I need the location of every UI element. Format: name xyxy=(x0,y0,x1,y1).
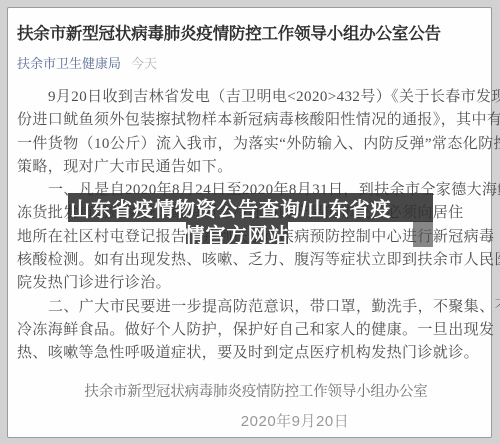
body-line: 热、咳嗽等急性呼吸道症状，要及时到定点医疗机构发热门诊就诊。 xyxy=(17,342,483,365)
body-line: 核酸检测。如有出现发热、咳嗽、乏力、腹泻等症状立即到扶余市人民医 xyxy=(17,249,483,272)
article-title: 扶余市新型冠状病毒肺炎疫情防控工作领导小组办公室公告 xyxy=(17,20,481,44)
signature-office: 扶余市新型冠状病毒肺炎疫情防控工作领导小组办公室 xyxy=(17,380,483,401)
body-line: 份进口鱿鱼须外包装擦拭物样本新冠病毒核酸阳性情况的通报》，其中有 xyxy=(17,109,483,132)
signature-block: 扶余市新型冠状病毒肺炎疫情防控工作领导小组办公室 2020年9月20日 xyxy=(17,380,483,431)
body-line: 冷冻海鲜食品。做好个人防护，保护好自己和家人的健康。一旦出现发 xyxy=(17,319,483,342)
watermark-edge-band xyxy=(413,221,433,247)
body-line: 策略，现对广大市民通告如下。 xyxy=(17,156,483,179)
watermark-text-line2: 情官方网站 xyxy=(185,219,290,248)
body-line: 9月20日收到吉林省发电（吉卫明电<2020>432号）《关于长春市发现1 xyxy=(17,86,483,109)
watermark-overlay: 情官方网站 xyxy=(186,222,288,244)
article-card: 扶余市新型冠状病毒肺炎疫情防控工作领导小组办公室公告 扶余市卫生健康局今天 9月… xyxy=(7,7,492,438)
body-line: 一件货物（10公斤）流入我市，为落实“外防输入、内防反弹”常态化防控 xyxy=(17,133,483,156)
body-line: 院发热门诊进行诊治。 xyxy=(17,272,483,295)
source-account-link[interactable]: 扶余市卫生健康局 xyxy=(17,56,121,71)
signature-date: 2020年9月20日 xyxy=(17,410,483,431)
article-meta: 扶余市卫生健康局今天 xyxy=(17,53,157,72)
body-line: 二、广大市民要进一步提高防范意识，带口罩，勤洗手，不聚集、不吃 xyxy=(17,296,483,319)
publish-time: 今天 xyxy=(131,56,157,71)
